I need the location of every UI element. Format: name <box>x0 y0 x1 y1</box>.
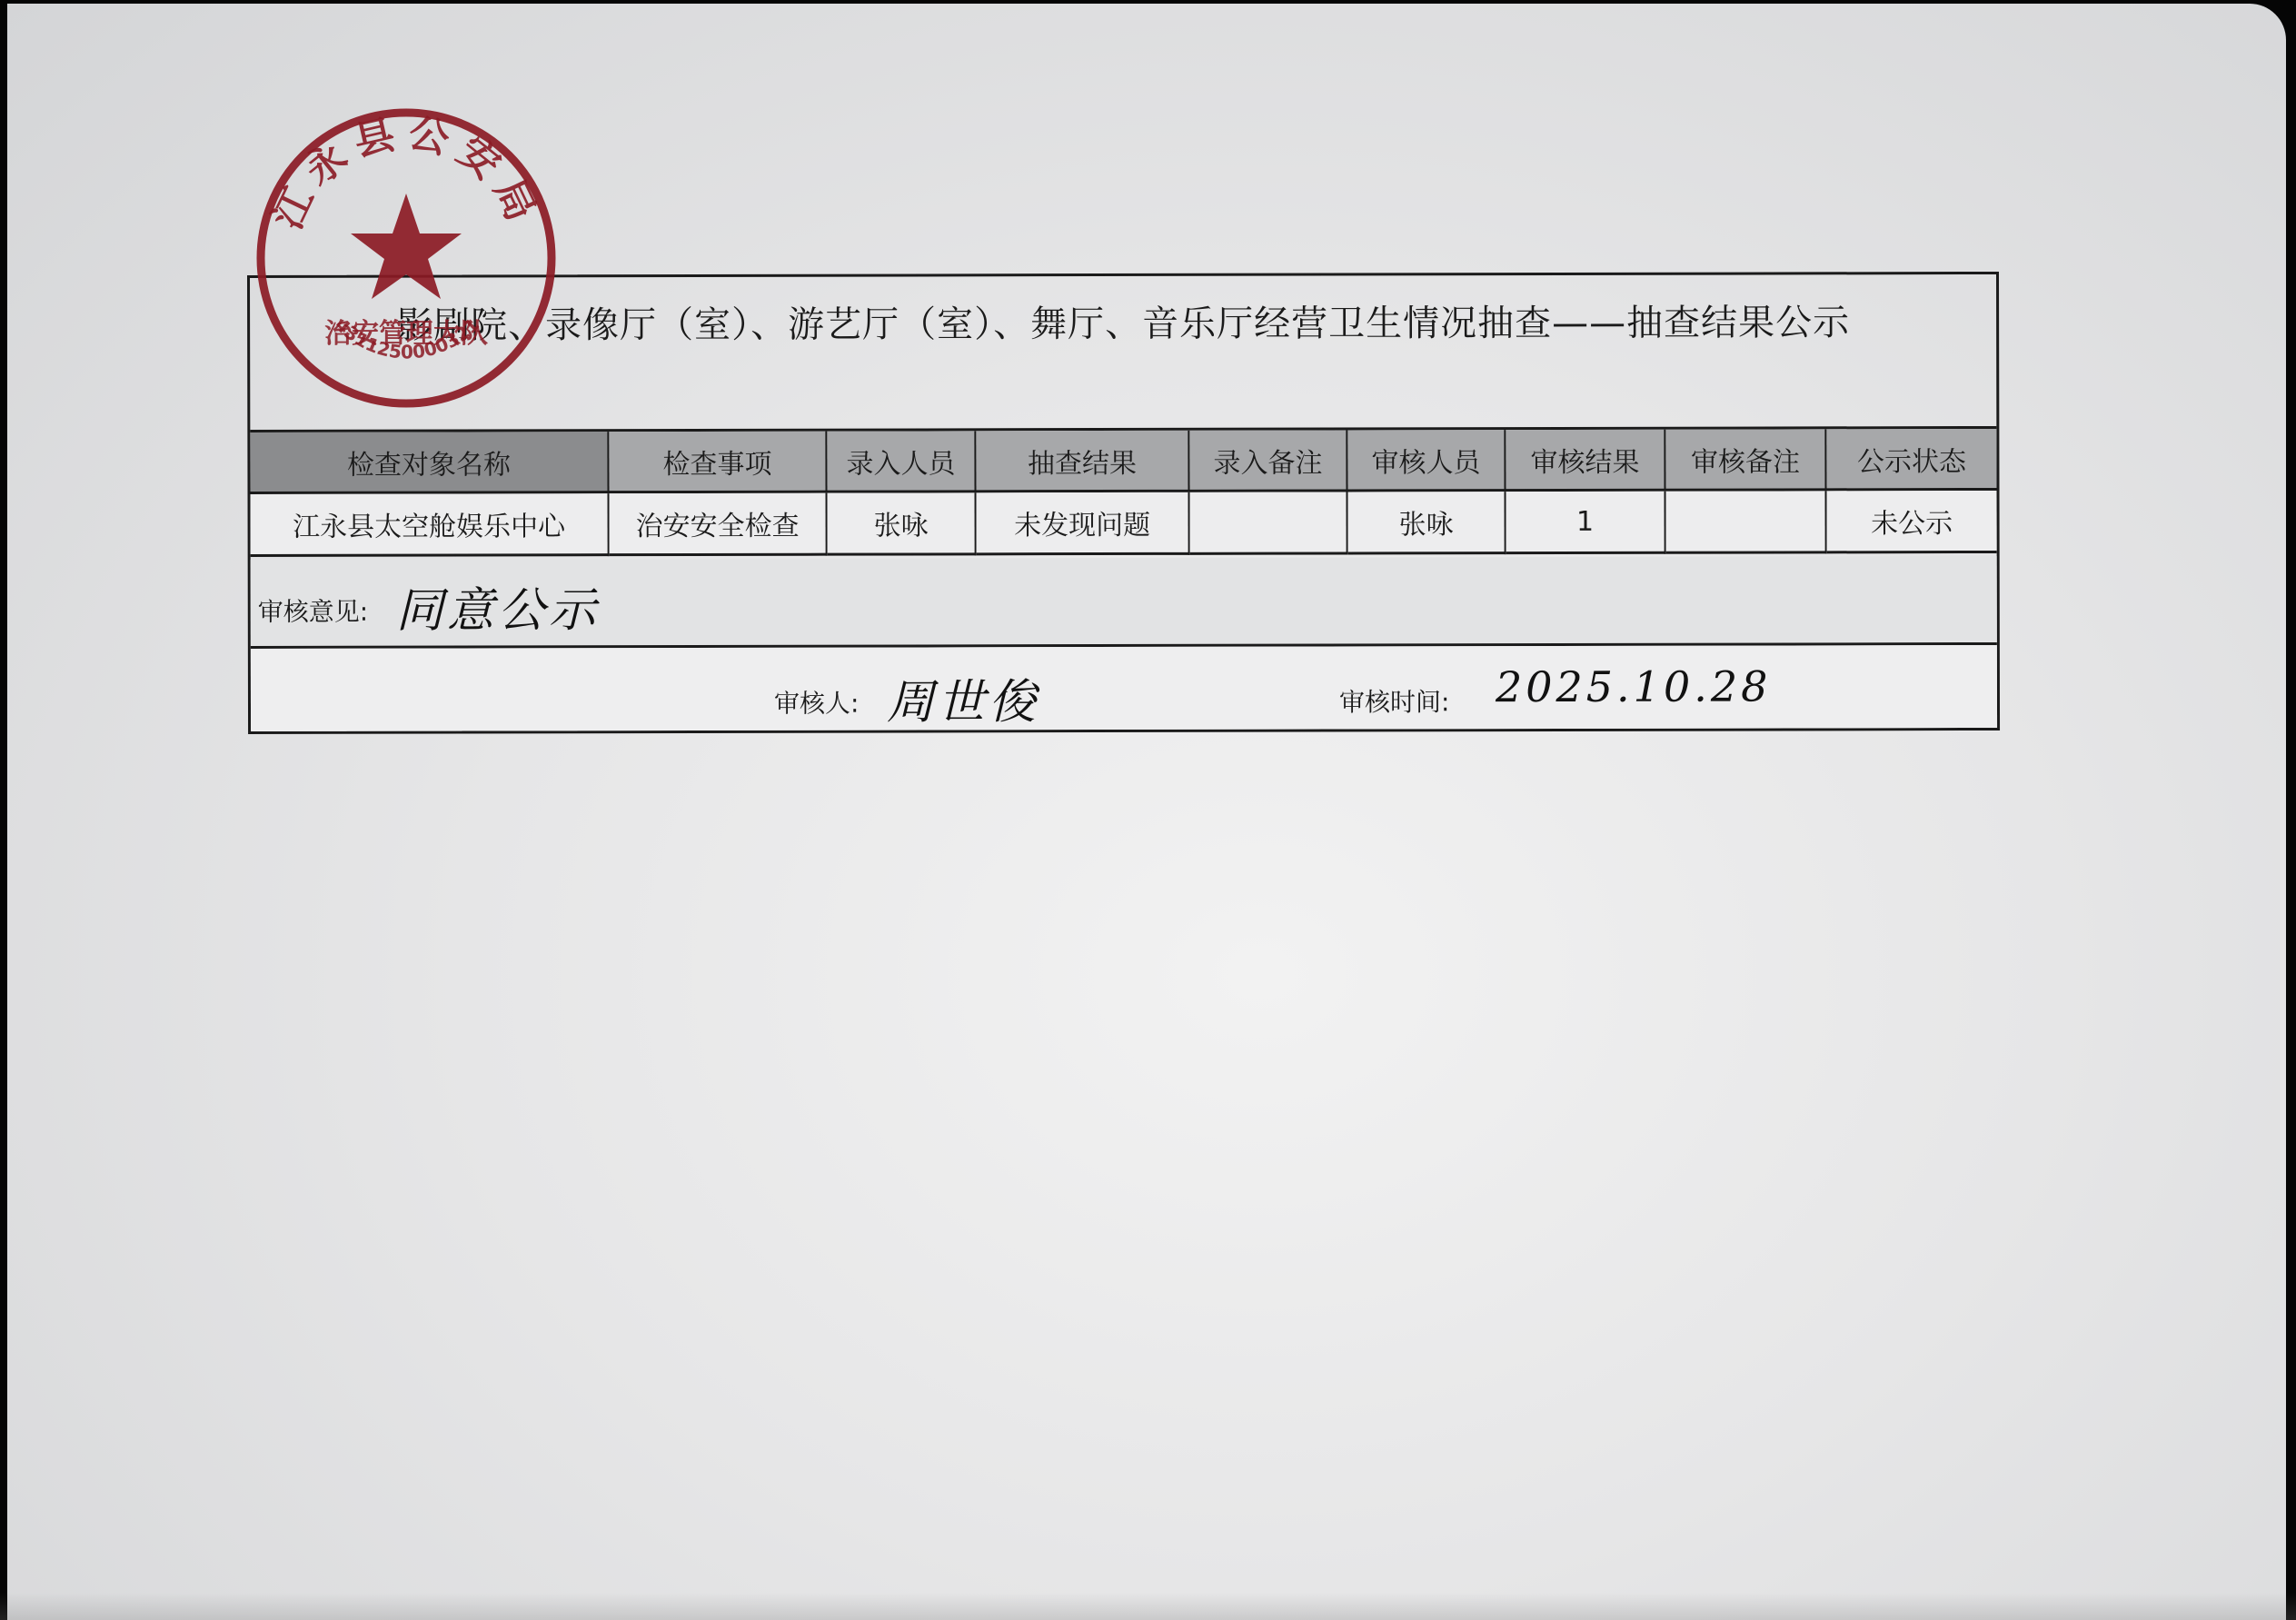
review-opinion-handwriting: 同意公示 <box>396 571 600 640</box>
review-opinion-row: 审核意见: 同意公示 <box>251 556 1997 649</box>
header-publication-status: 公示状态 <box>1826 429 1996 491</box>
result-grid: 检查对象名称 检查事项 录入人员 抽查结果 录入备注 审核人员 审核结果 审核备… <box>250 429 1996 560</box>
cell-check-result: 未发现问题 <box>977 492 1190 555</box>
header-review-result: 审核结果 <box>1506 430 1665 492</box>
header-inspection-target: 检查对象名称 <box>250 432 609 494</box>
cell-review-result: 1 <box>1506 492 1666 554</box>
reviewer-signature: 周世俊 <box>887 663 1039 731</box>
header-entry-note: 录入备注 <box>1189 430 1347 492</box>
cell-review-note <box>1666 491 1827 553</box>
paper-shadow <box>0 1593 2296 1620</box>
header-reviewer: 审核人员 <box>1347 430 1506 492</box>
cell-reviewer: 张咏 <box>1348 492 1506 554</box>
header-review-note: 审核备注 <box>1665 429 1826 491</box>
paper-sheet <box>7 4 2286 1620</box>
header-inspection-item: 检查事项 <box>609 432 827 494</box>
review-opinion-label: 审核意见: <box>258 592 369 629</box>
cell-entry-staff: 张咏 <box>828 492 977 555</box>
cell-inspection-item: 治安安全检查 <box>610 493 828 557</box>
review-time-label: 审核时间: <box>1339 682 1450 719</box>
cell-publication-status: 未公示 <box>1827 491 1997 553</box>
review-time-handwriting: 2025.10.28 <box>1496 661 1772 711</box>
reviewer-label: 审核人: <box>774 684 860 721</box>
header-entry-staff: 录入人员 <box>827 431 976 492</box>
document-title: 影剧院、录像厅（室）、游艺厅（室）、舞厅、音乐厅经营卫生情况抽查——抽查结果公示 <box>250 274 1996 432</box>
header-check-result: 抽查结果 <box>976 431 1189 492</box>
cell-entry-note <box>1190 492 1348 554</box>
inspection-result-table: 影剧院、录像厅（室）、游艺厅（室）、舞厅、音乐厅经营卫生情况抽查——抽查结果公示… <box>247 272 2000 734</box>
signature-row: 审核人: 周世俊 审核时间: 2025.10.28 <box>251 645 1997 731</box>
cell-inspection-target: 江永县太空舱娱乐中心 <box>251 493 610 557</box>
